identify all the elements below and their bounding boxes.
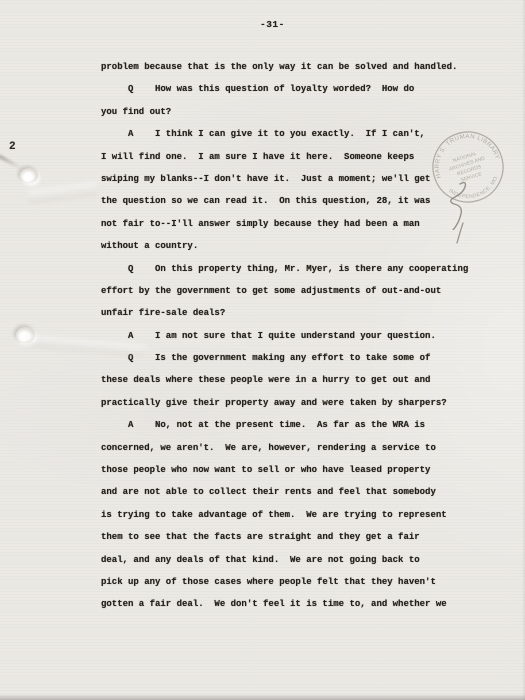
text-line: problem because that is the only way it … (101, 56, 505, 78)
text-line: those people who now want to sell or who… (101, 459, 505, 481)
text-line: Q Is the government making any effort to… (101, 347, 505, 369)
text-line: A I am not sure that I quite understand … (101, 325, 505, 347)
text-line: them to see that the facts are straight … (101, 526, 505, 548)
margin-page-number: 2 (9, 141, 16, 153)
text-line: these deals where these people were in a… (101, 369, 505, 391)
paper-edge-smudge (0, 154, 22, 170)
page-bottom-edge-shadow (0, 694, 525, 700)
pencil-slash-mark (450, 220, 470, 246)
text-line: deal, and any deals of that kind. We are… (101, 549, 505, 571)
text-line: gotten a fair deal. We don't feel it is … (101, 593, 505, 615)
text-line: concerned, we aren't. We are, however, r… (101, 437, 505, 459)
text-line: practically give their property away and… (101, 392, 505, 414)
text-line: effort by the government to get some adj… (101, 280, 505, 302)
paper-crease-top (27, 182, 98, 204)
text-line: you find out? (101, 101, 505, 123)
text-line: and are not able to collect their rents … (101, 481, 505, 503)
punch-hole-top (20, 168, 38, 183)
text-line: is trying to take advantage of them. We … (101, 504, 505, 526)
text-line: without a country. (101, 235, 505, 257)
text-line: unfair fire-sale deals? (101, 302, 505, 324)
text-line: Q How was this question of loyalty worde… (101, 78, 505, 100)
text-line: A No, not at the present time. As far as… (101, 414, 505, 436)
page-number: -31- (260, 19, 285, 30)
text-line: Q On this property thing, Mr. Myer, is t… (101, 258, 505, 280)
text-line: pick up any of those cases where people … (101, 571, 505, 593)
scanned-document-page: -31- 2 problem because that is the only … (0, 0, 525, 700)
